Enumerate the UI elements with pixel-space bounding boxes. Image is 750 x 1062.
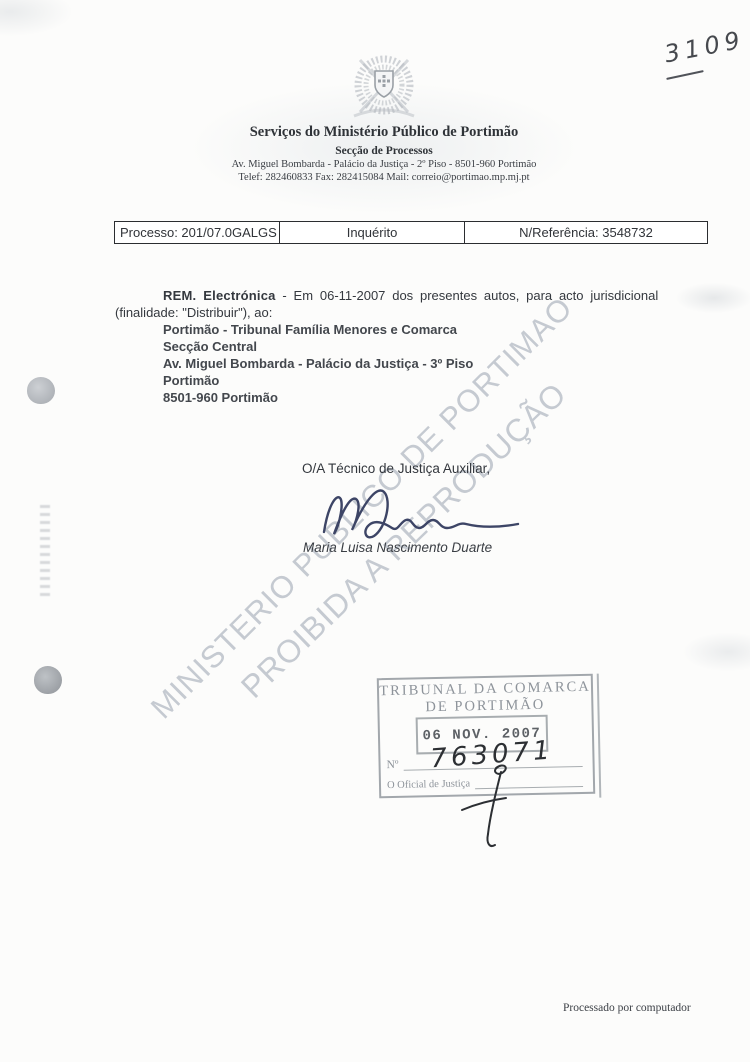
body-line-1-rest: - Em 06-11-2007 dos presentes autos, par… (276, 288, 659, 303)
footer-processed-note: Processado por computador (563, 1002, 691, 1014)
recipient-line: 8501-960 Portimão (115, 389, 693, 406)
rem-electronica-label: REM. Electrónica (163, 288, 276, 303)
left-margin-scan-artifact (40, 505, 50, 597)
reference-table: Processo: 201/07.0GALGS Inquérito N/Refe… (114, 221, 708, 244)
recipient-line: Av. Miguel Bombarda - Palácio da Justiça… (115, 355, 693, 372)
letterhead: Serviços do Ministério Público de Portim… (25, 124, 743, 183)
hole-punch-bottom (34, 666, 62, 694)
document-body: REM. Electrónica - Em 06-11-2007 dos pre… (115, 287, 693, 406)
stamp-double-border (597, 674, 602, 798)
reference-number-cell: N/Referência: 3548732 (465, 222, 707, 243)
stamp-number-label: Nº (386, 759, 398, 771)
scanned-document-page: MINISTERIO PUBLICO DE PORTIMAO PROIBIDA … (0, 0, 750, 1062)
recipient-line: Portimão (115, 372, 693, 389)
recipient-line: Portimão - Tribunal Família Menores e Co… (115, 321, 693, 338)
recipient-line: Secção Central (115, 338, 693, 355)
header-address: Av. Miguel Bombarda - Palácio da Justiça… (25, 159, 743, 170)
signatory-role: O/A Técnico de Justiça Auxiliar, (302, 461, 490, 476)
organization-title: Serviços do Ministério Público de Portim… (25, 124, 743, 141)
body-line-1: REM. Electrónica - Em 06-11-2007 dos pre… (115, 287, 693, 304)
header-contacts: Telef: 282460833 Fax: 282415084 Mail: co… (25, 172, 743, 183)
process-number-cell: Processo: 201/07.0GALGS (115, 222, 280, 243)
handwritten-page-number: 3109 (662, 24, 750, 69)
body-line-2: (finalidade: "Distribuir"), ao: (115, 304, 693, 321)
handwritten-underline-stroke (666, 70, 704, 80)
coat-of-arms-icon (340, 52, 428, 124)
section-title: Secção de Processos (25, 145, 743, 157)
signatory-name: Maria Luisa Nascimento Duarte (303, 540, 492, 555)
stamp-title-line2: DE PORTIMÃO (379, 696, 591, 717)
case-type-cell: Inquérito (280, 222, 465, 243)
hole-punch-top (27, 377, 55, 404)
handwritten-flourish (452, 760, 532, 857)
